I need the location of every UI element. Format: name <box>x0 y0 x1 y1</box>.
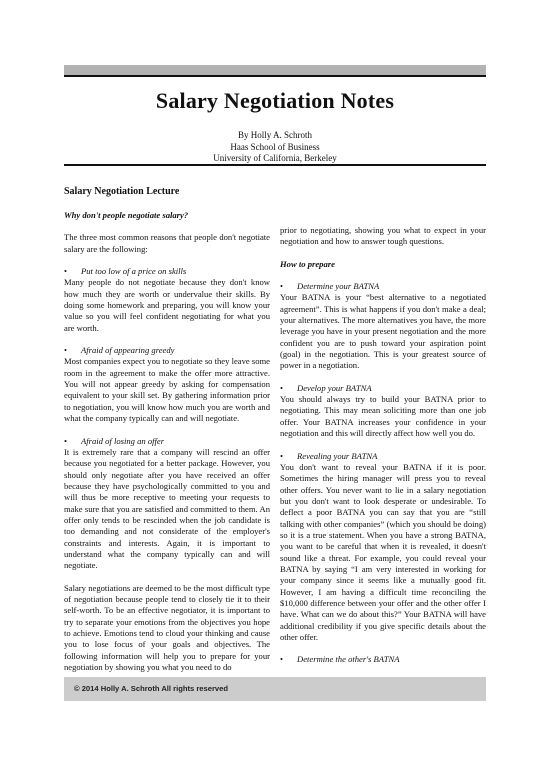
paragraph: It is extremely rare that a company will… <box>64 447 270 572</box>
bullet-icon: • <box>64 345 81 356</box>
right-column: prior to negotiating, showing you what t… <box>280 225 486 666</box>
document-page: Salary Negotiation Notes By Holly A. Sch… <box>0 0 550 777</box>
bullet-icon: • <box>280 654 297 665</box>
bullet-item: •Determine the other's BATNA <box>280 654 486 665</box>
bullet-icon: • <box>64 266 81 277</box>
section-title: Salary Negotiation Lecture <box>64 186 179 197</box>
header-bar <box>64 65 486 77</box>
bullet-item: •Afraid of losing an offer <box>64 436 270 447</box>
paragraph: The three most common reasons that peopl… <box>64 232 270 255</box>
bullet-item: •Determine your BATNA <box>280 281 486 292</box>
subheading: How to prepare <box>280 259 486 270</box>
bullet-item: •Afraid of appearing greedy <box>64 345 270 356</box>
bullet-icon: • <box>280 451 297 462</box>
divider-rule <box>64 164 486 166</box>
bullet-icon: • <box>280 281 297 292</box>
paragraph: Most companies expect you to negotiate s… <box>64 356 270 424</box>
paragraph: Your BATNA is your “best alternative to … <box>280 292 486 371</box>
paragraph: prior to negotiating, showing you what t… <box>280 225 486 248</box>
paragraph: Salary negotiations are deemed to be the… <box>64 583 270 674</box>
copyright-text: © 2014 Holly A. Schroth All rights reser… <box>74 684 228 693</box>
footer-bar: © 2014 Holly A. Schroth All rights reser… <box>64 677 486 701</box>
bullet-icon: • <box>280 383 297 394</box>
bullet-item: •Develop your BATNA <box>280 383 486 394</box>
paragraph: You don't want to reveal your BATNA if i… <box>280 462 486 644</box>
paragraph: Many people do not negotiate because the… <box>64 277 270 334</box>
byline: By Holly A. Schroth Haas School of Busin… <box>0 130 550 165</box>
paragraph: You should always try to build your BATN… <box>280 394 486 439</box>
bullet-item: •Revealing your BATNA <box>280 451 486 462</box>
affiliation: Haas School of Business <box>0 142 550 154</box>
subheading: Why don't people negotiate salary? <box>64 210 270 221</box>
bullet-icon: • <box>64 436 81 447</box>
author: By Holly A. Schroth <box>0 130 550 142</box>
bullet-item: •Put too low of a price on skills <box>64 266 270 277</box>
document-title: Salary Negotiation Notes <box>0 88 550 114</box>
left-column: Why don't people negotiate salary? The t… <box>64 210 270 684</box>
university: University of California, Berkeley <box>0 153 550 165</box>
